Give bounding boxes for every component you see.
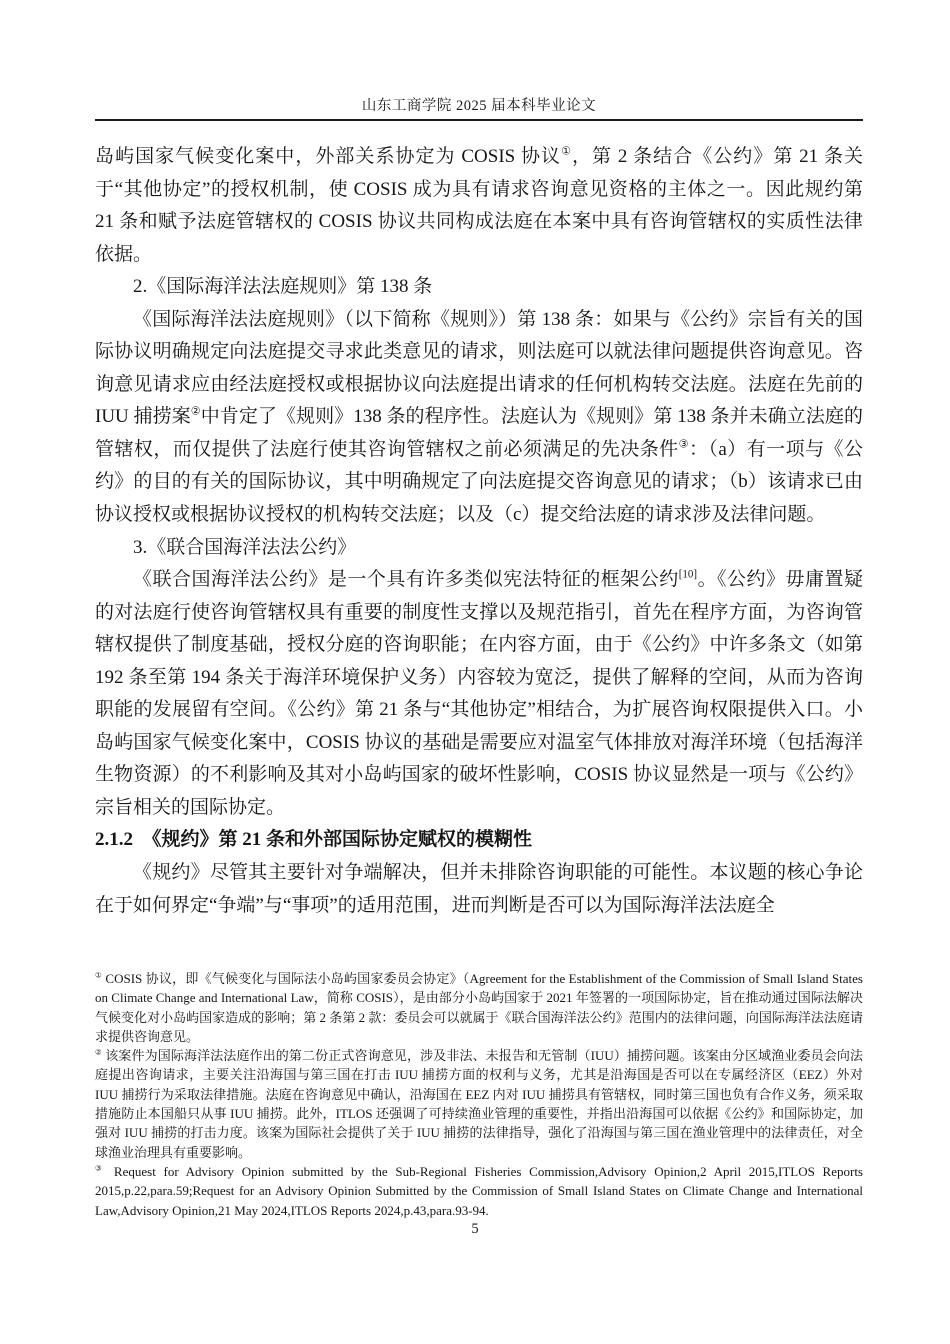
thesis-page: 山东工商学院 2025 届本科毕业论文 岛屿国家气候变化案中，外部关系协定为 C… — [0, 0, 950, 1344]
para-statute: 《规约》尽管其主要针对争端解决，但并未排除咨询职能的可能性。本议题的核心争论在于… — [95, 857, 863, 922]
footnote-1: ① COSIS 协议，即《气候变化与国际法小岛屿国家委员会协定》（Agreeme… — [95, 969, 863, 1046]
page-number: 5 — [0, 1221, 950, 1238]
footnote-3: ③ Request for Advisory Opinion submitted… — [95, 1162, 863, 1220]
para-item-3: 3.《联合国海洋法法公约》 — [95, 532, 863, 565]
running-head: 山东工商学院 2025 届本科毕业论文 — [95, 94, 863, 115]
para-item-2: 2.《国际海洋法法庭规则》第 138 条 — [95, 271, 863, 304]
section-heading-2-1-2: 2.1.2 《规约》第 21 条和外部国际协定赋权的模糊性 — [95, 824, 863, 857]
para-rules-138: 《国际海洋法法庭规则》（以下简称《规则》）第 138 条：如果与《公约》宗旨有关… — [95, 304, 863, 532]
para-unclos: 《联合国海洋法公约》是一个具有许多类似宪法特征的框架公约[10]。《公约》毋庸置… — [95, 564, 863, 824]
header-rule — [95, 119, 863, 121]
body-text: 岛屿国家气候变化案中，外部关系协定为 COSIS 协议①，第 2 条结合《公约》… — [95, 141, 863, 922]
page-header: 山东工商学院 2025 届本科毕业论文 — [95, 94, 863, 121]
para-continued: 岛屿国家气候变化案中，外部关系协定为 COSIS 协议①，第 2 条结合《公约》… — [95, 141, 863, 271]
footnote-2: ② 该案件为国际海洋法法庭作出的第二份正式咨询意见，涉及非法、未报告和无管制（I… — [95, 1046, 863, 1162]
footnotes-block: ① COSIS 协议，即《气候变化与国际法小岛屿国家委员会协定》（Agreeme… — [95, 969, 863, 1220]
